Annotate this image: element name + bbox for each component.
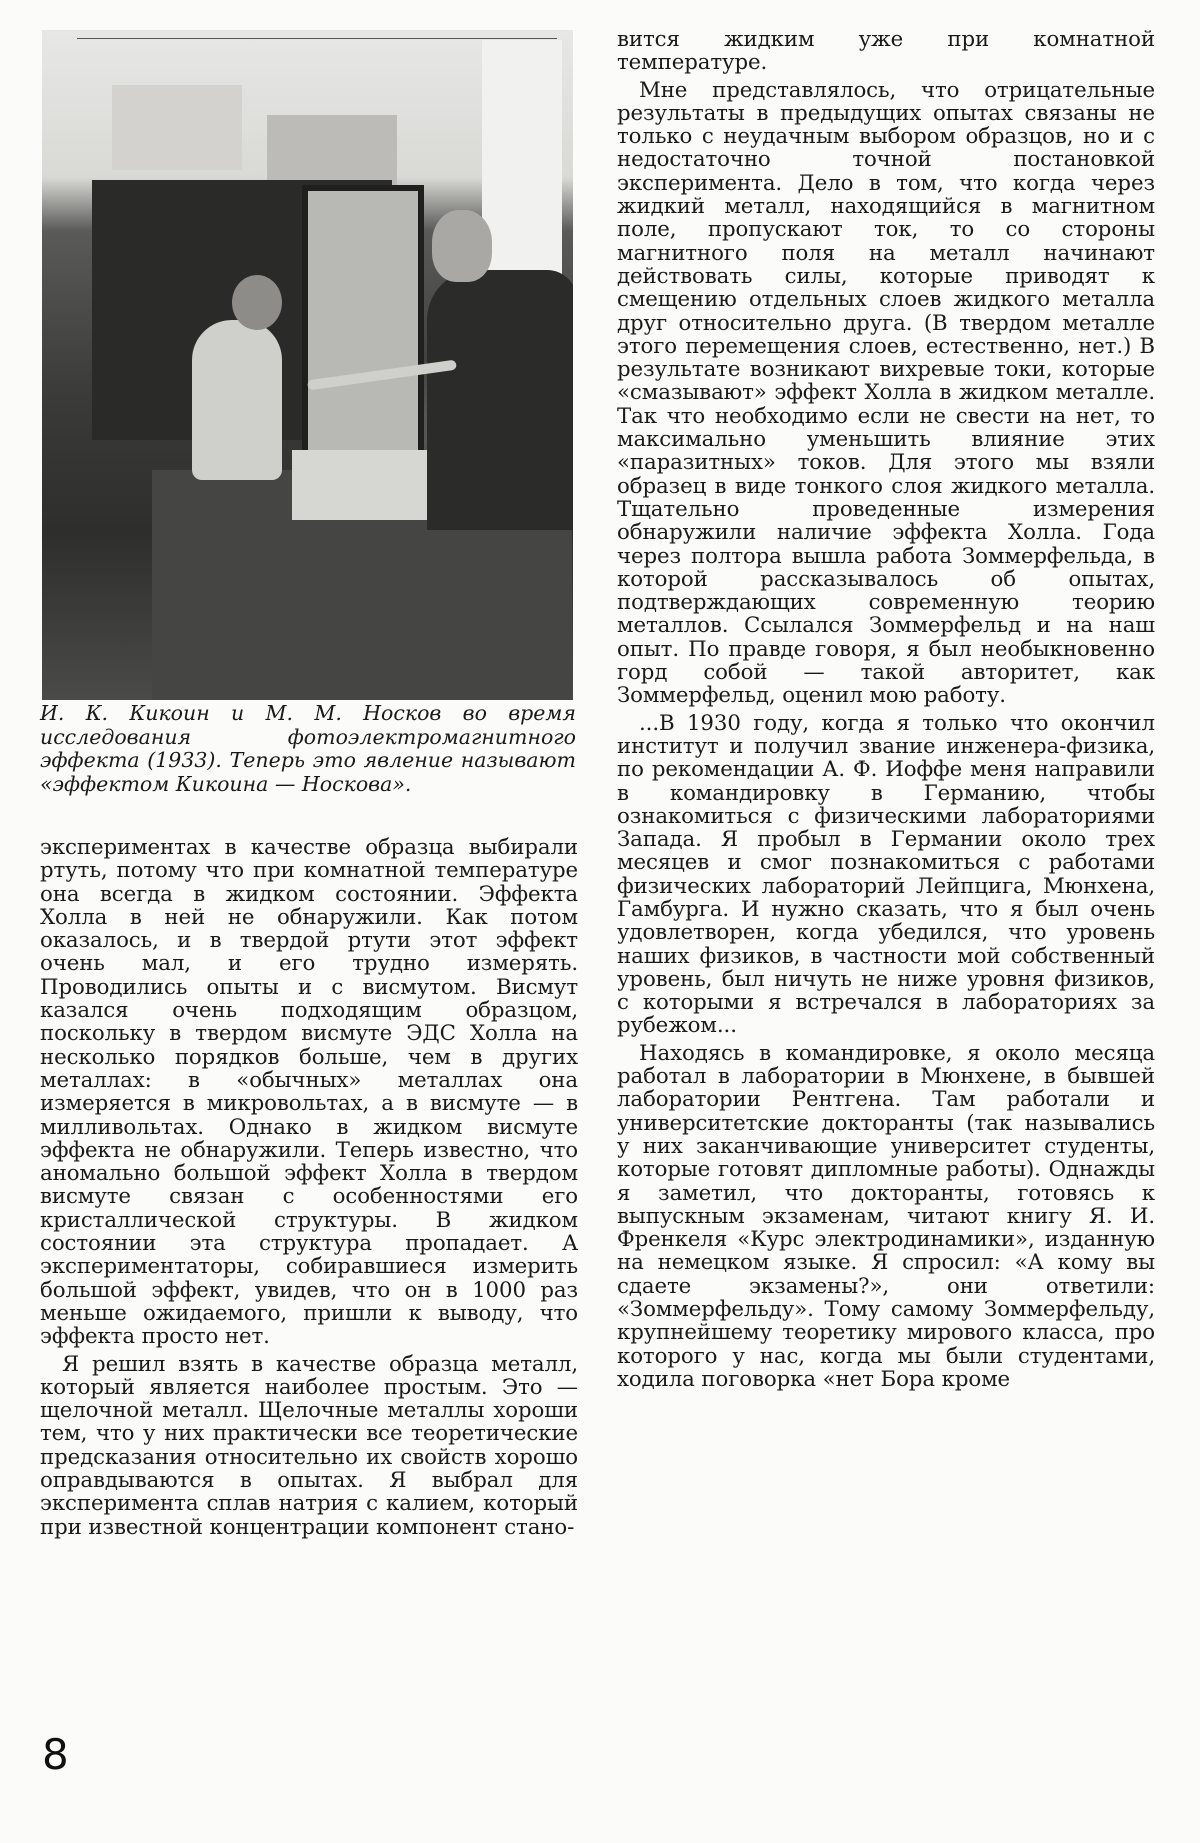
right-text-column: вится жидким уже при комнатной температу… [617,28,1155,1395]
photo-apparatus-box [112,85,242,170]
photo-wires [77,38,557,39]
photo-standing-man [427,270,573,530]
photo-seated-man [192,320,282,480]
photo-caption: И. К. Кикоин и М. М. Носков во время исс… [40,702,576,796]
photo-seated-man-head [232,275,282,330]
photo-apparatus-box [267,115,397,190]
photo-standing-man-head [432,210,492,282]
paragraph: Находясь в командировке, я около месяца … [617,1042,1155,1391]
paragraph: экспериментах в качестве образца выбирал… [40,836,578,1349]
paragraph: ...В 1930 году, когда я только что оконч… [617,712,1155,1038]
left-text-column: экспериментах в качестве образца выбирал… [40,836,578,1543]
paragraph: Я решил взять в качестве образца металл,… [40,1353,578,1539]
paragraph: вится жидким уже при комнатной температу… [617,28,1155,75]
page-number: 8 [42,1734,69,1776]
paragraph: Мне представлялось, что отрицательные ре… [617,79,1155,708]
lab-photograph [42,30,573,700]
